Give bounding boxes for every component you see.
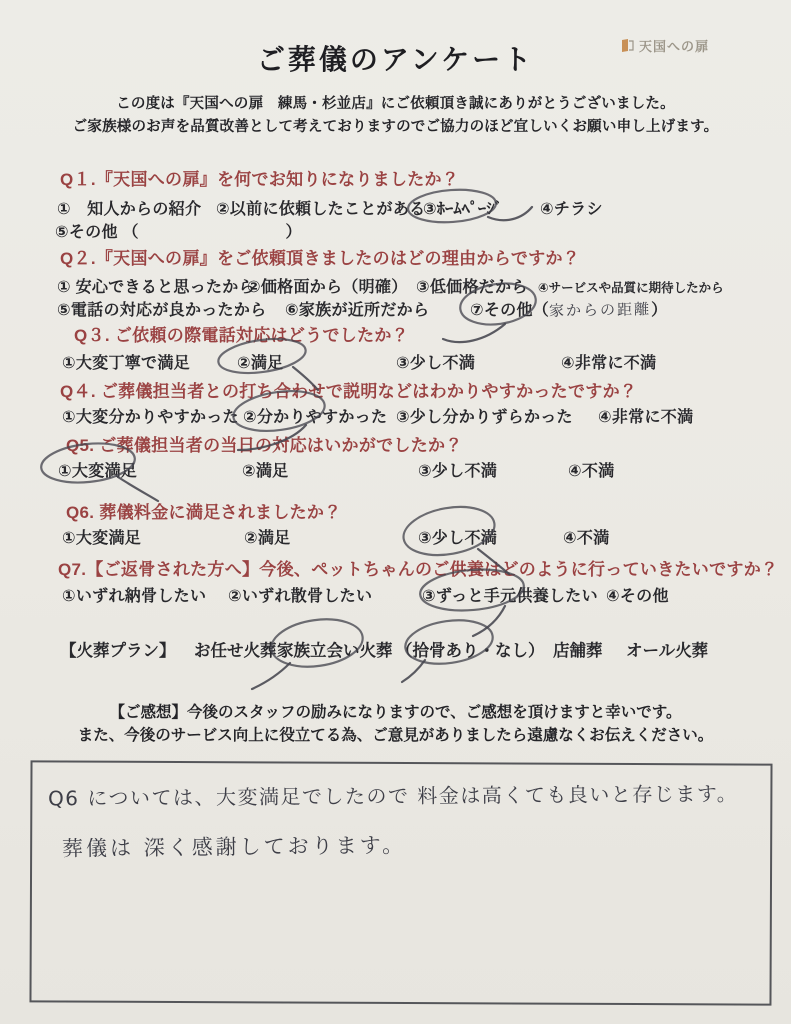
q7-option-3: ③ずっと手元供養したい: [422, 583, 598, 606]
circle-plan-family-tail: [252, 663, 290, 689]
q6-option-3: ③少し不満: [418, 525, 497, 548]
company-logo: 天国への扉: [620, 36, 709, 55]
q5-option-4: ④不満: [568, 458, 614, 481]
q7-option-2: ②いずれ散骨したい: [228, 583, 372, 606]
q4-option-4: ④非常に不満: [598, 404, 693, 427]
survey-document: ご葬儀のアンケート 天国への扉 この度は『天国への扉 練馬・杉並店』にご依頼頂き…: [0, 0, 791, 1024]
q6-header: Q6. 葬儀料金に満足されましたか？: [66, 498, 342, 523]
q1-header: Q１.『天国への扉』を何でお知りになりましたか？: [60, 165, 459, 190]
q3-header: Q３. ご依頼の際電話対応はどうでしたか？: [74, 321, 409, 346]
q3-option-2: ②満足: [237, 350, 283, 373]
cremation-plan-label: 【火葬プラン】: [60, 637, 176, 661]
company-logo-text: 天国への扉: [639, 36, 709, 55]
q2-other-handwritten-value: 家からの距離: [549, 298, 651, 321]
q7-header: Q7.【ご返骨された方へ】今後、ペットちゃんのご供養はどのように行っていきたいで…: [58, 555, 778, 580]
q3-option-3: ③少し不満: [396, 350, 475, 373]
cremation-plan-item-2: 家族立会い火葬: [277, 637, 393, 661]
q5-option-2: ②満足: [242, 458, 288, 481]
q1-option-4: ④チラシ: [540, 196, 603, 219]
q6-option-4: ④不満: [563, 525, 609, 548]
intro-line-1: この度は『天国への扉 練馬・杉並店』にご依頼頂き誠にありがとうございました。: [0, 92, 791, 113]
q3-option-4: ④非常に不満: [561, 350, 656, 373]
q3-option-1: ①大変丁寧で満足: [62, 350, 190, 373]
q4-header: Q４. ご葬儀担当者との打ち合わせで説明などはわかりやすかったですか？: [60, 377, 637, 402]
q2-option-2: ②価格面から（明確）: [247, 274, 408, 297]
cremation-plan-item-1: お任せ火葬: [194, 637, 277, 661]
q5-option-1: ①大変満足: [58, 458, 137, 481]
q2-option-4: ④サービスや品質に期待したから: [538, 278, 724, 296]
handwritten-comment-line-2: 葬儀は 深く感謝しております。: [62, 829, 406, 863]
q7-option-4: ④その他: [606, 583, 669, 606]
feedback-prompt-line-2: また、今後のサービス向上に役立てる為、ご意見がありましたら遠慮なくお伝えください…: [0, 723, 791, 745]
q2-option-1: ① 安心できると思ったから: [57, 274, 255, 297]
q2-other-suffix: ）: [651, 302, 667, 319]
cremation-plan-item-5: オール火葬: [626, 637, 708, 661]
q1-option-5: ⑤その他 （ ）: [55, 219, 302, 242]
q2-other-prefix: ⑦その他（: [470, 302, 549, 319]
cremation-plan-item-3: （拾骨あり・なし）: [396, 637, 545, 661]
q7-option-1: ①いずれ納骨したい: [62, 583, 206, 606]
q1-option-2: ②以前に依頼したことがある: [216, 196, 425, 219]
door-logo-icon: [620, 38, 635, 53]
q2-header: Q２.『天国への扉』をご依頼頂きましたのはどの理由からですか？: [60, 244, 580, 269]
handwritten-comment-line-1: Q6 については、大変満足でしたので 料金は高くても良いと存じます。: [48, 778, 738, 812]
q2-option-3: ③低価格だから: [416, 274, 528, 297]
q2-option-7: ⑦その他（家からの距離）: [470, 297, 667, 320]
circle-q2-tail: [443, 324, 505, 342]
q4-option-3: ③少し分かりずらかった: [396, 404, 573, 427]
q2-option-5: ⑤電話の対応が良かったから: [57, 297, 266, 320]
cremation-plan-item-4: 店舗葬: [553, 637, 603, 661]
intro-line-2: ご家族様のお声を品質改善として考えておりますのでご協力のほど宜しいくお願い申し上…: [0, 115, 791, 136]
q4-option-1: ①大変分かりやすかった: [62, 404, 239, 427]
q6-option-1: ①大変満足: [62, 525, 141, 548]
circle-q7-tail: [473, 606, 505, 636]
q2-option-6: ⑥家族が近所だから: [285, 297, 429, 320]
q5-option-3: ③少し不満: [418, 458, 497, 481]
feedback-prompt-line-1: 【ご感想】今後のスタッフの励みになりますので、ご感想を頂けますと幸いです。: [0, 700, 791, 722]
q4-option-2: ②分かりやすかった: [243, 404, 387, 427]
q1-option-1: ① 知人からの紹介: [57, 196, 201, 219]
q6-option-2: ②満足: [244, 525, 290, 548]
circle-plan-bone-tail: [402, 660, 425, 682]
q1-option-3: ③ﾎｰﾑﾍﾟｰｼﾞ: [423, 196, 503, 219]
q5-header: Q5. ご葬儀担当者の当日の対応はいかがでしたか？: [66, 431, 463, 456]
